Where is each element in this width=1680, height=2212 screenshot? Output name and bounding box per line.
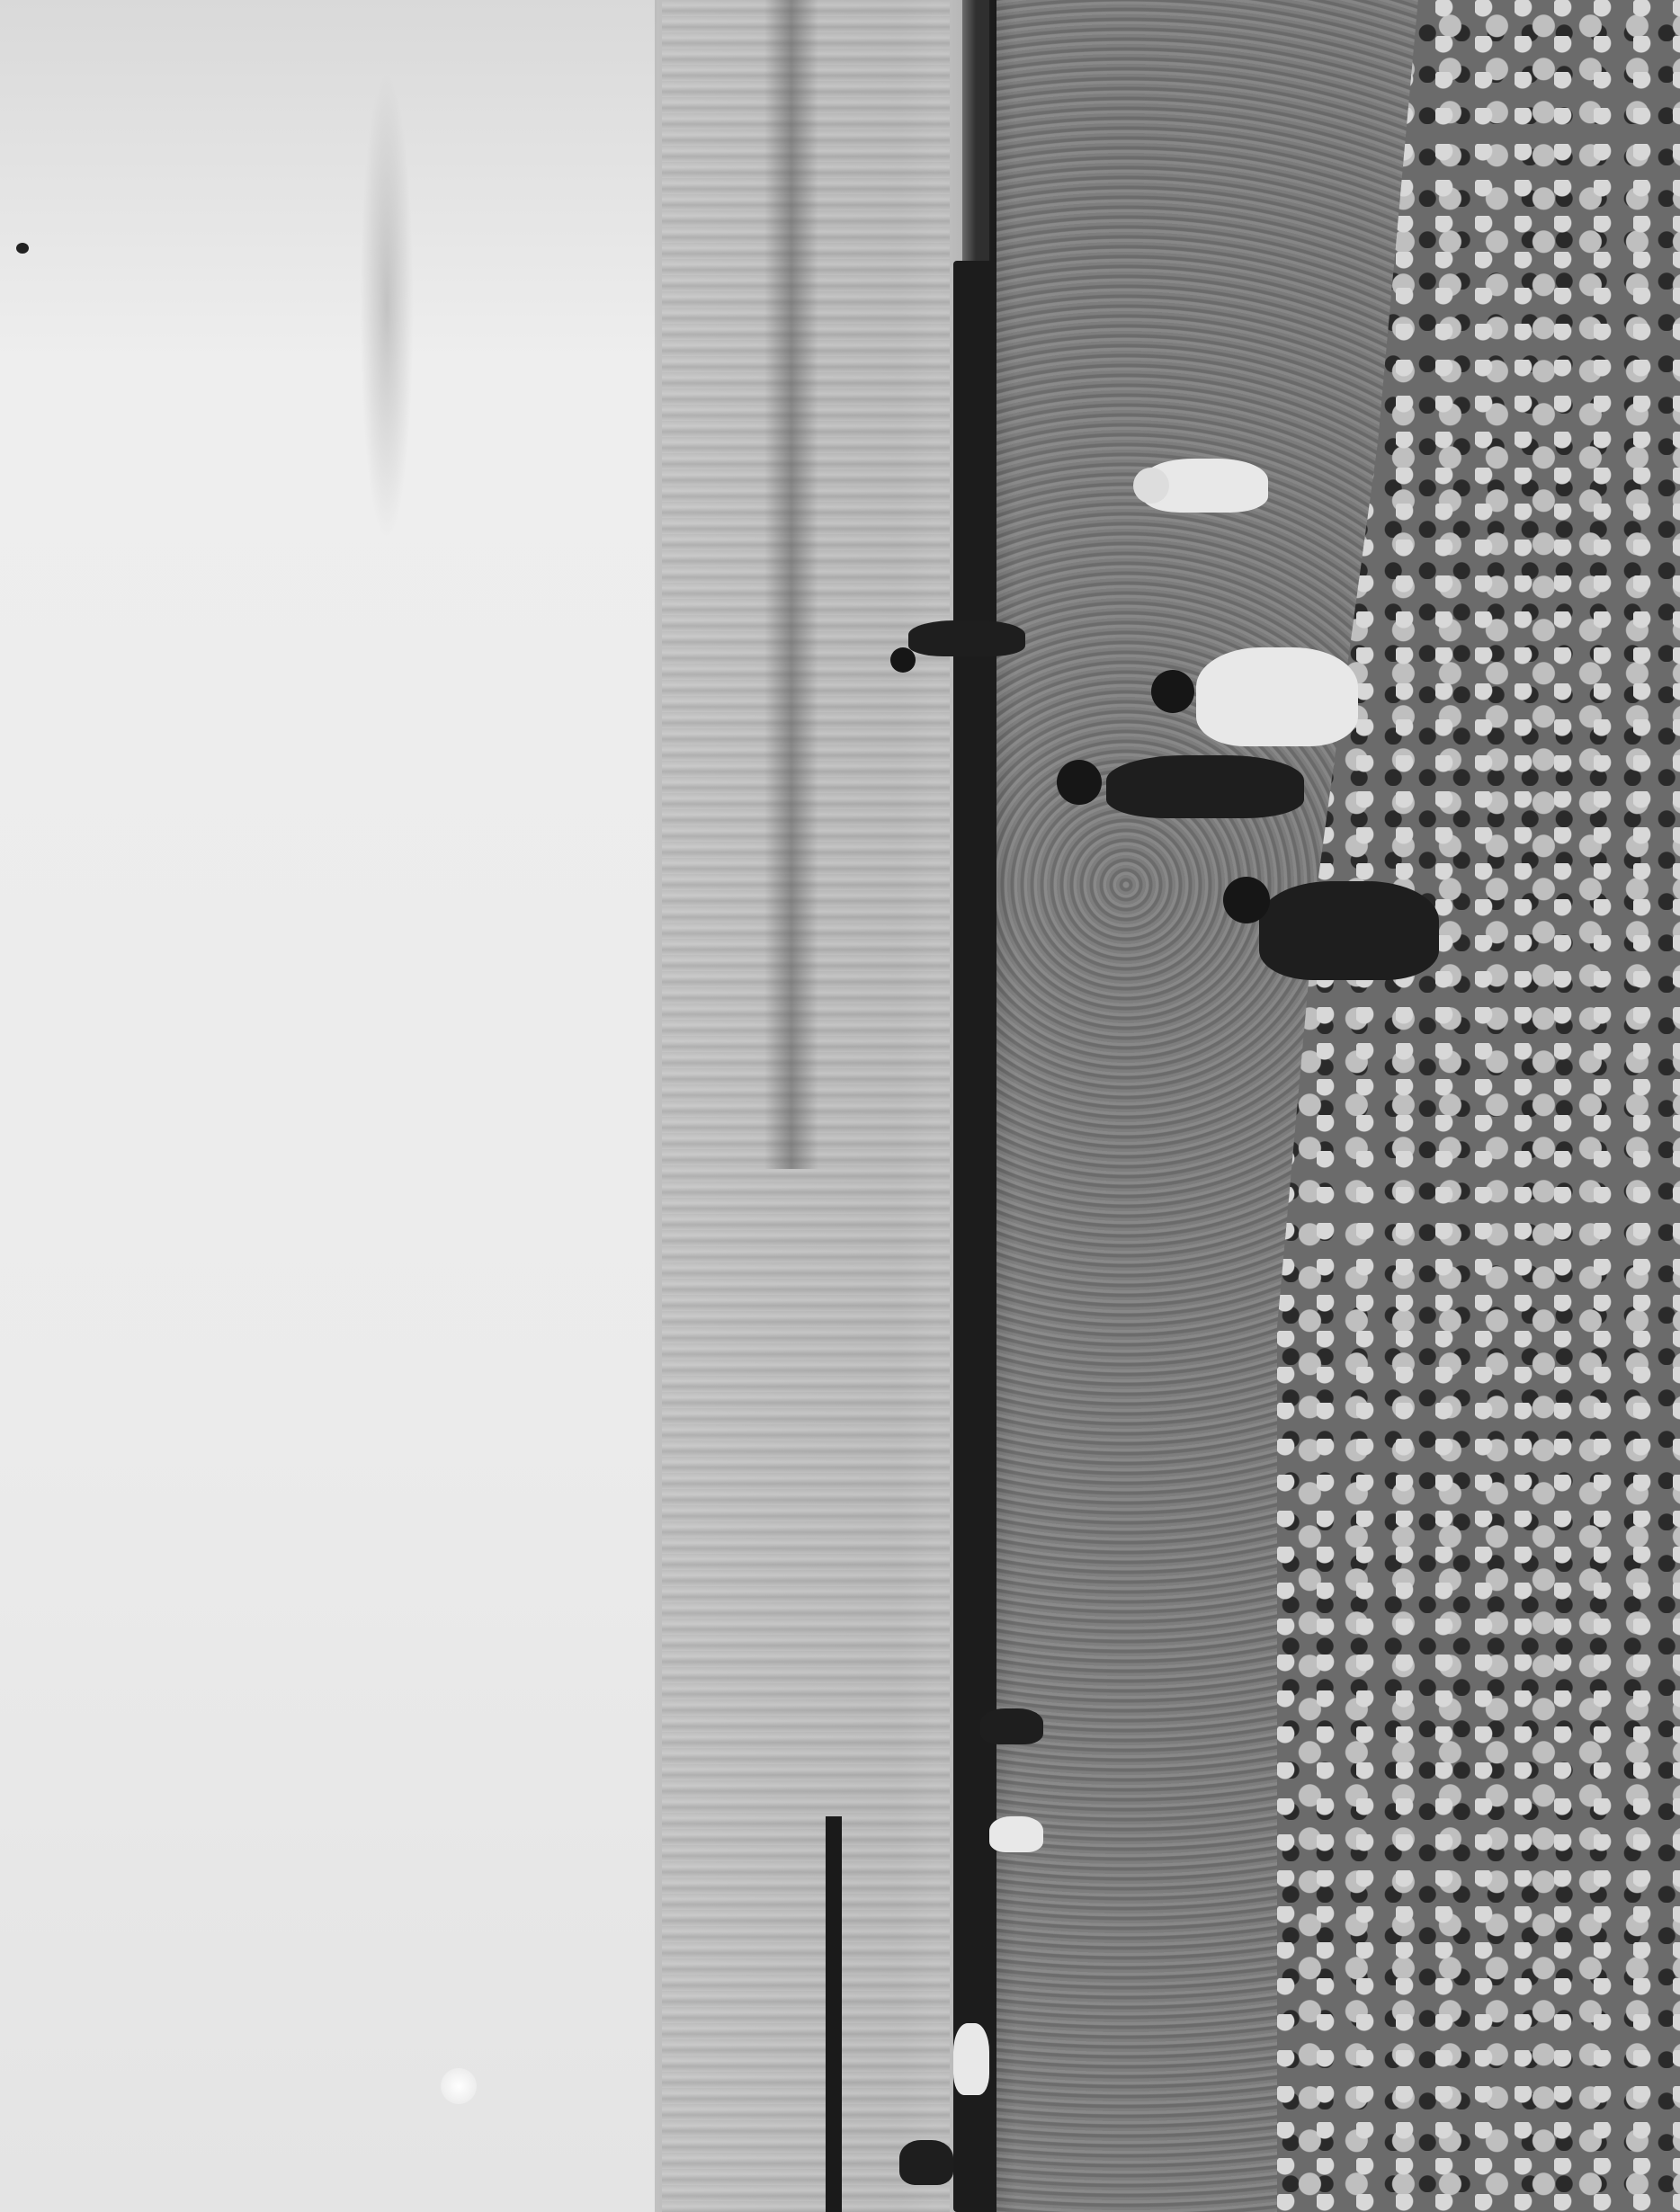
- film-dust-spot: [16, 243, 29, 254]
- groyne: [953, 261, 996, 2212]
- distant-groyne: [962, 0, 989, 270]
- person-head: [1223, 877, 1270, 923]
- person-white-shirt: [1196, 647, 1358, 746]
- person-head: [890, 647, 916, 673]
- sky-region: [0, 0, 657, 2212]
- distant-pier: [826, 1816, 842, 2212]
- film-streak: [360, 72, 414, 540]
- person-head: [1057, 760, 1102, 805]
- distant-person: [989, 1816, 1043, 1852]
- person-standing: [908, 620, 1025, 656]
- wave-band: [764, 0, 818, 1169]
- person-crouching: [1259, 881, 1439, 980]
- light-spot: [441, 2068, 477, 2104]
- distant-person: [980, 1708, 1043, 1744]
- beach-photograph: [0, 0, 1680, 2212]
- person-dark-shorts: [1106, 755, 1304, 818]
- distant-person: [953, 2023, 989, 2095]
- person-head: [1133, 468, 1169, 504]
- distant-person: [899, 2140, 953, 2185]
- horizon-line: [655, 0, 662, 2212]
- person-head: [1151, 670, 1194, 713]
